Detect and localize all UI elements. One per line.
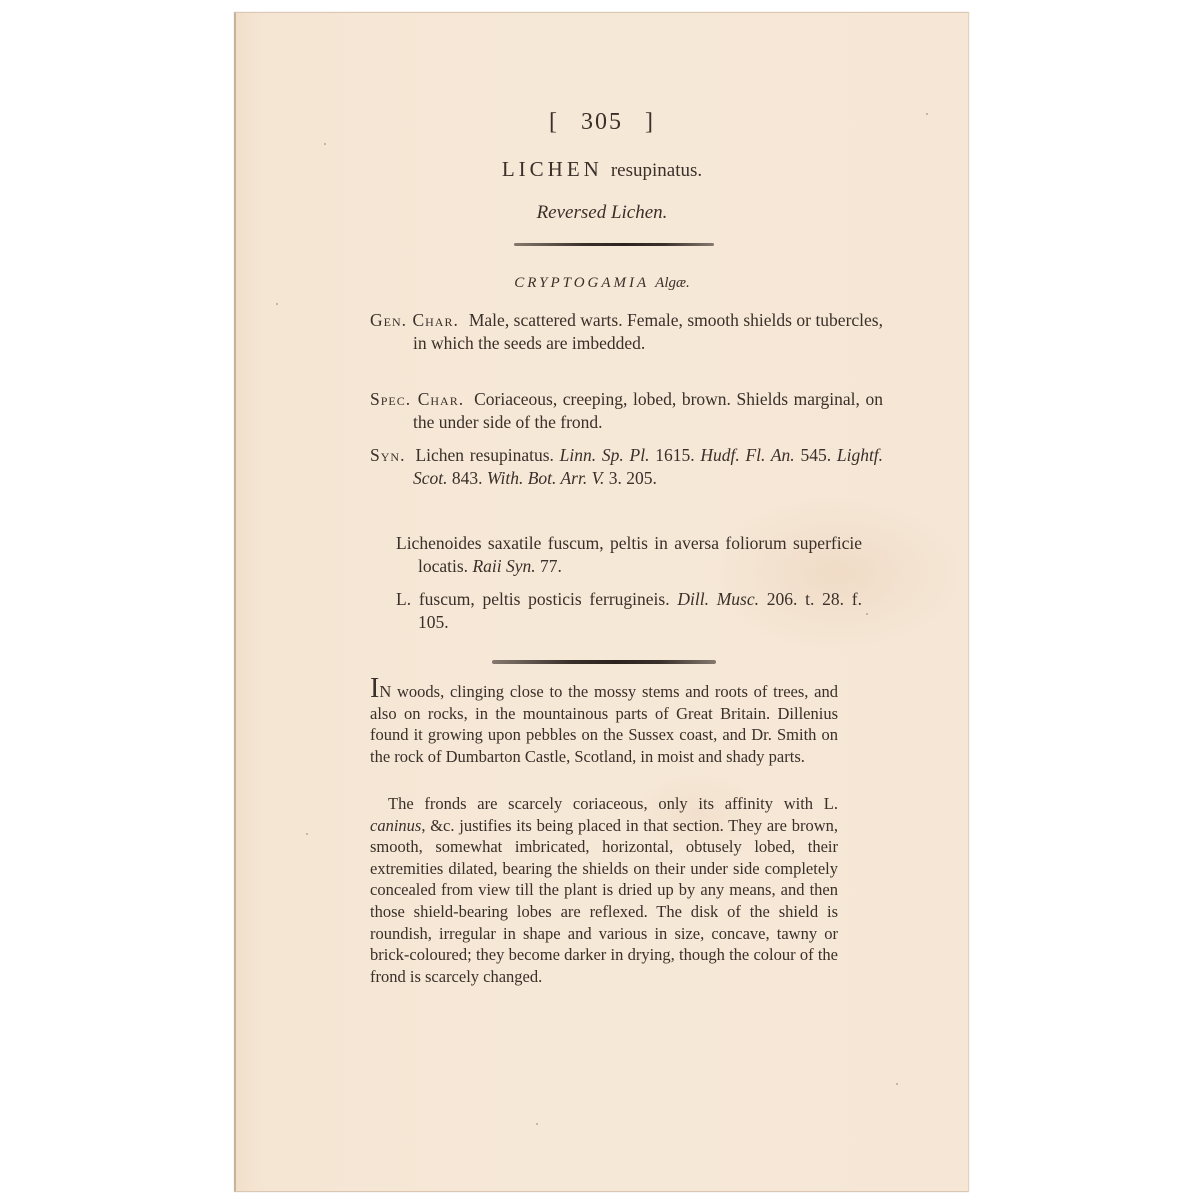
species-name: resupinatus. — [611, 160, 702, 181]
first-word-rest: N — [379, 682, 391, 701]
synonym-entry: Syn.Lichen resupinatus. Linn. Sp. Pl. 16… — [370, 444, 883, 489]
paper-speck — [306, 833, 308, 835]
synonym-name: L. fuscum, peltis posticis ferrugineis. — [396, 589, 670, 609]
synonym-entry: Lichenoides saxatile fuscum, peltis in a… — [396, 532, 862, 577]
reference-page: 843. — [452, 468, 483, 488]
reference-work: With. Bot. Arr. V. — [487, 468, 605, 488]
reference-page: 77. — [540, 556, 562, 576]
paper-speck — [276, 303, 278, 305]
paper-speck — [536, 1123, 538, 1125]
reference-page: 545. — [800, 445, 831, 465]
syn-label: Syn. — [370, 445, 405, 465]
page-number: [ 305 ] — [236, 109, 968, 136]
paper-speck — [324, 143, 326, 145]
page-title: LICHENresupinatus. — [236, 157, 968, 182]
paper-speck — [926, 113, 928, 115]
paragraph-text: The fronds are scarcely coriaceous, only… — [388, 794, 838, 813]
description-paragraph: The fronds are scarcely coriaceous, only… — [370, 793, 838, 987]
divider-rule — [492, 660, 716, 664]
divider-rule — [514, 243, 714, 246]
paper-speck — [896, 1083, 898, 1085]
paragraph-text: , &c. justifies its being placed in that… — [370, 816, 838, 986]
synonym-entry: L. fuscum, peltis posticis ferrugineis. … — [396, 588, 862, 633]
spec-char-label: Spec. Char. — [370, 389, 464, 409]
synonym-name: Lichen resupinatus. — [415, 445, 553, 465]
reference-work: Dill. Musc. — [677, 589, 759, 609]
synonym-name: Lichenoides saxatile fuscum, peltis in a… — [396, 533, 862, 576]
specific-character: Spec. Char.Coriaceous, creeping, lobed, … — [370, 388, 883, 433]
gen-char-label: Gen. Char. — [370, 310, 459, 330]
common-name: Reversed Lichen. — [236, 202, 968, 224]
habitat-paragraph: IN woods, clinging close to the mossy st… — [370, 679, 838, 767]
drop-cap: I — [370, 673, 379, 704]
reference-page: 3. 205. — [609, 468, 657, 488]
paper-speck — [866, 613, 868, 615]
reference-work: Raii Syn. — [472, 556, 535, 576]
reference-work: Linn. Sp. Pl. — [560, 445, 650, 465]
paragraph-text: woods, clinging close to the mossy stems… — [370, 682, 838, 766]
classification: CRYPTOGAMIAAlgæ. — [236, 275, 968, 292]
class-name: CRYPTOGAMIA — [514, 275, 649, 291]
genus-name: LICHEN — [502, 157, 603, 181]
order-name: Algæ. — [655, 275, 690, 291]
reference-work: Hudf. Fl. An. — [700, 445, 794, 465]
book-page: [ 305 ] LICHENresupinatus. Reversed Lich… — [234, 12, 969, 1192]
gen-char-text: Male, scattered warts. Female, smooth sh… — [413, 310, 883, 353]
spec-char-text: Coriaceous, creeping, lobed, brown. Shie… — [413, 389, 883, 432]
reference-page: 1615. — [655, 445, 694, 465]
generic-character: Gen. Char.Male, scattered warts. Female,… — [370, 309, 883, 354]
species-italic: caninus — [370, 816, 421, 835]
